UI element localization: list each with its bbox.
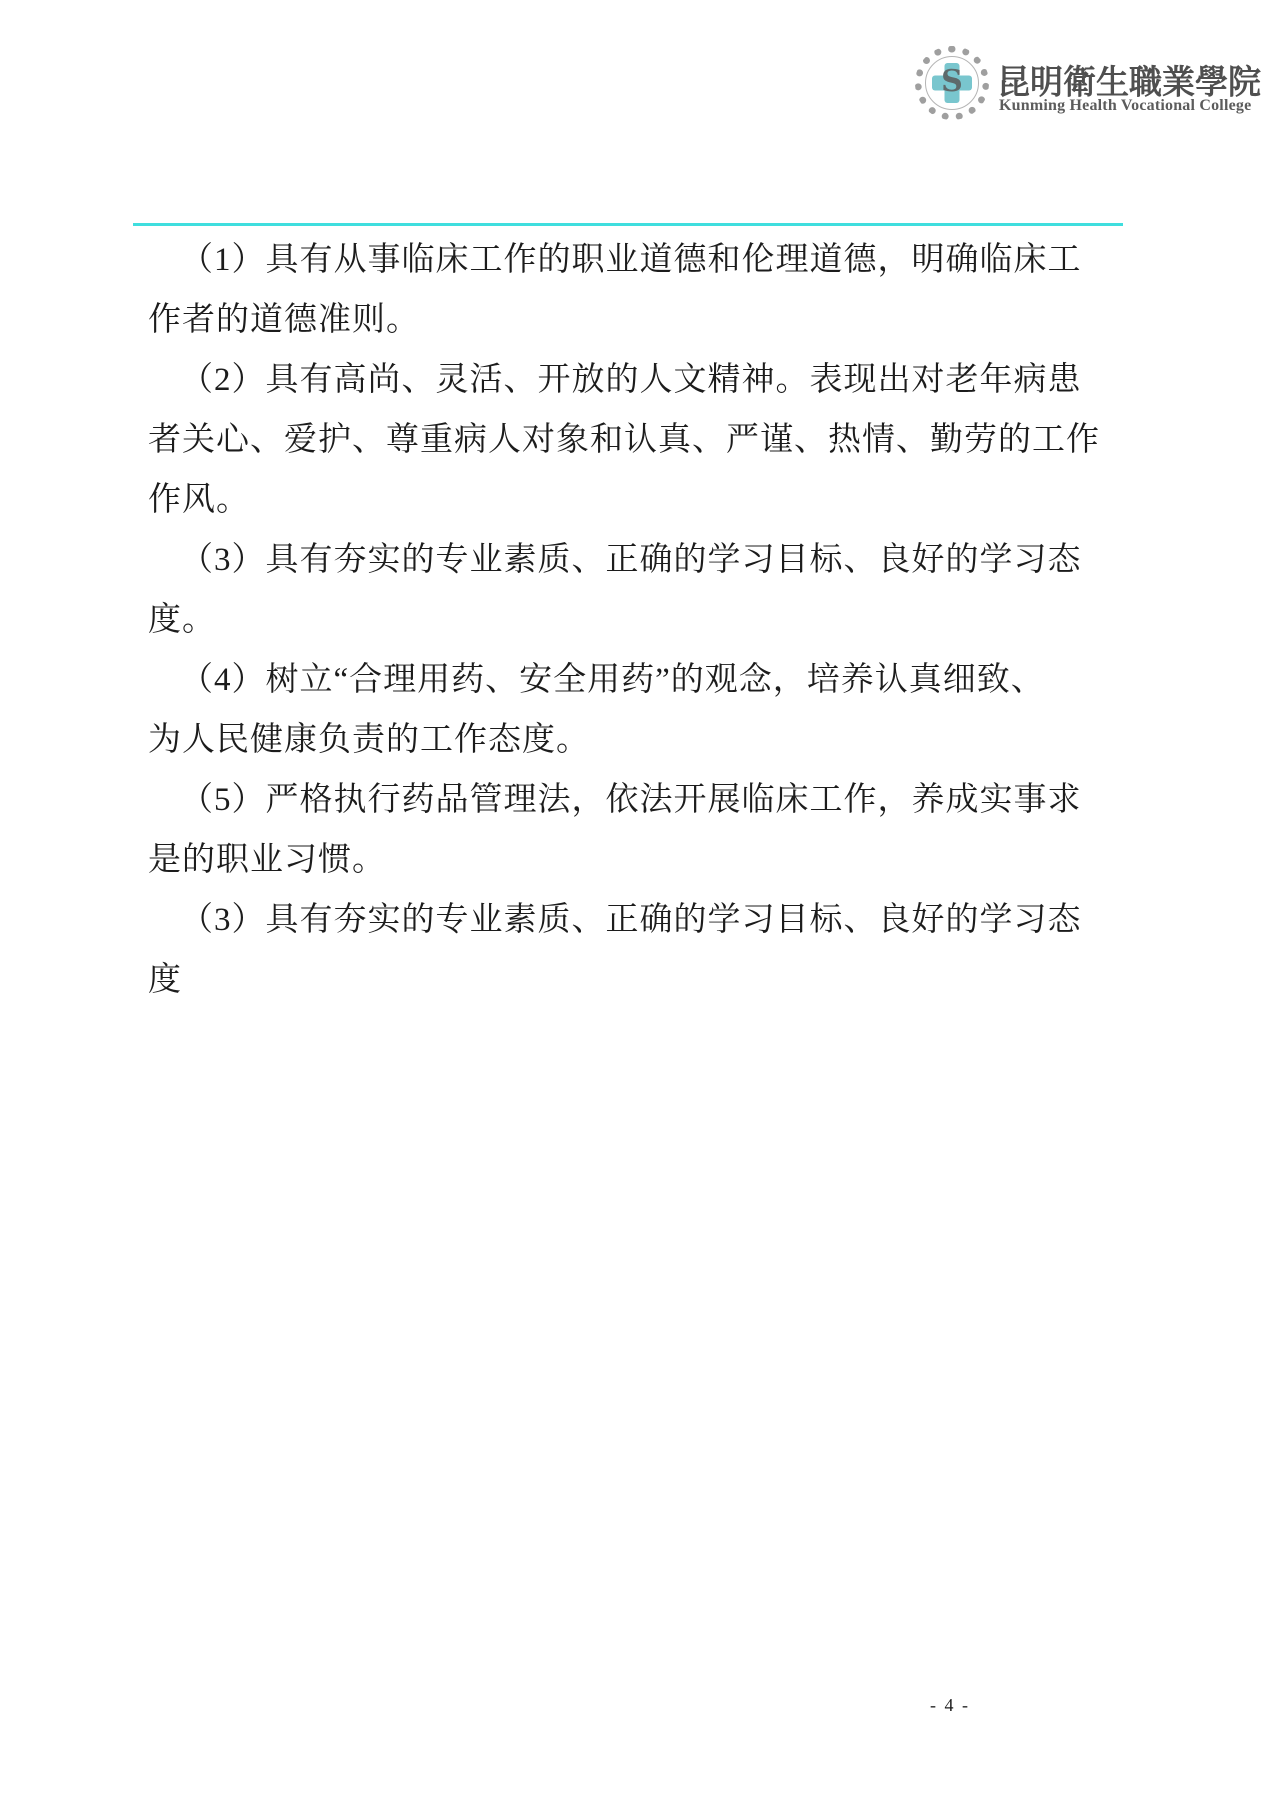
- paragraph-line: （2）具有高尚、灵活、开放的人文精神。表现出对老年病患: [148, 350, 1128, 410]
- paragraph-line: 作风。: [148, 470, 1128, 530]
- paragraph-line: （3）具有夯实的专业素质、正确的学习目标、良好的学习态: [148, 530, 1128, 590]
- paragraph-line: 为人民健康负责的工作态度。: [148, 710, 1128, 770]
- paragraph-line: （5）严格执行药品管理法，依法开展临床工作，养成实事求: [148, 770, 1128, 830]
- paragraph-line: 度: [148, 950, 1128, 1010]
- medical-cross-icon: S: [932, 63, 972, 103]
- paragraph-line: （4）树立“合理用药、安全用药”的观念，培养认真细致、: [148, 650, 1128, 710]
- paragraph-line: 者关心、爱护、尊重病人对象和认真、严谨、热情、勤劳的工作: [148, 410, 1128, 470]
- paragraph-line: 作者的道德准则。: [148, 290, 1128, 350]
- header-divider-rule: [133, 223, 1123, 226]
- page-number: - 4 -: [930, 1695, 970, 1716]
- document-body: （1）具有从事临床工作的职业道德和伦理道德，明确临床工 作者的道德准则。 （2）…: [148, 230, 1128, 1010]
- document-page: S 昆明衛生職業學院 Kunming Health Vocational Col…: [0, 0, 1274, 1801]
- paragraph-line: （1）具有从事临床工作的职业道德和伦理道德，明确临床工: [148, 230, 1128, 290]
- seal-letter: S: [941, 67, 963, 97]
- paragraph-line: 是的职业习惯。: [148, 830, 1128, 890]
- college-name-english: Kunming Health Vocational College: [999, 97, 1267, 115]
- college-seal-logo: S: [913, 44, 991, 122]
- paragraph-line: （3）具有夯实的专业素质、正确的学习目标、良好的学习态: [148, 890, 1128, 950]
- paragraph-line: 度。: [148, 590, 1128, 650]
